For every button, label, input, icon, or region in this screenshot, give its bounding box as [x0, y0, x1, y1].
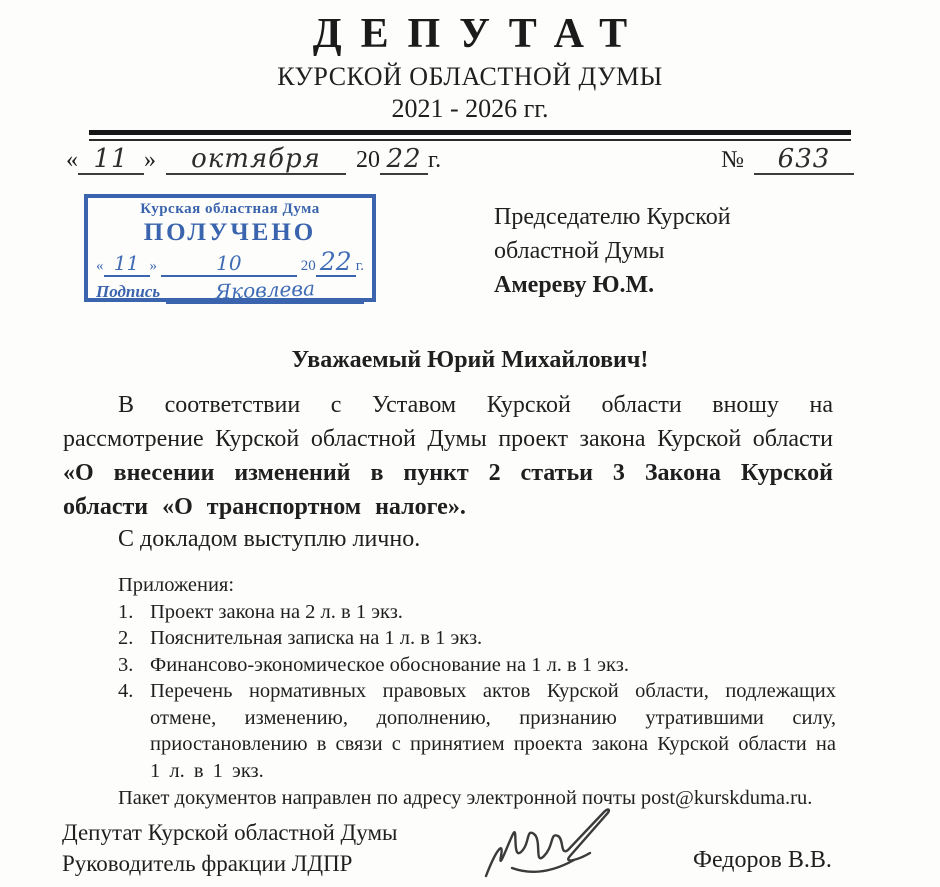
attachment-item-number: 1.	[118, 599, 150, 626]
letterhead-title: ДЕПУТАТ	[0, 10, 940, 58]
body-paragraph-2: С докладом выступлю лично.	[63, 526, 833, 553]
attachment-item-number: 2.	[118, 625, 150, 652]
signer-position-1: Депутат Курской областной Думы	[62, 817, 397, 848]
letterhead-term: 2021 - 2026 гг.	[0, 94, 940, 124]
addressee-line1: Председателю Курской	[494, 200, 731, 234]
stamp-date-row: « 11 » 10 20 22 г.	[96, 249, 364, 277]
body-paragraph-1: В соответствии с Уставом Курской области…	[63, 388, 833, 524]
stamp-day-handwritten: 11	[114, 251, 139, 275]
scanned-letter-page: ДЕПУТАТ КУРСКОЙ ОБЛАСТНОЙ ДУМЫ 2021 - 20…	[0, 0, 940, 887]
date-century: 20	[356, 147, 380, 174]
date-year-handwritten: 22	[386, 144, 421, 174]
stamp-signature-label: Подпись	[96, 282, 160, 302]
date-quote-open: «	[66, 147, 78, 174]
letterhead-subtitle: КУРСКОЙ ОБЛАСТНОЙ ДУМЫ	[0, 62, 940, 92]
stamp-year-handwritten: 22	[320, 247, 352, 276]
attachment-item-text: Пояснительная записка на 1 л. в 1 экз.	[150, 625, 836, 652]
signer-name: Федоров В.В.	[693, 847, 832, 874]
date-quote-close: »	[144, 147, 156, 174]
salutation: Уважаемый Юрий Михайлович!	[0, 347, 940, 374]
date-day-handwritten: 11	[93, 144, 128, 174]
date-year-suffix: г.	[428, 147, 441, 174]
stamp-century: 20	[301, 258, 316, 275]
stamp-quote-open: «	[96, 258, 104, 275]
attachment-item: 3. Финансово-экономическое обоснование н…	[118, 652, 836, 679]
delivery-note: Пакет документов направлен по адресу эле…	[118, 785, 836, 812]
date-month-handwritten: октября	[191, 144, 321, 174]
handwritten-signature	[478, 798, 628, 886]
number-value-handwritten: 633	[778, 144, 831, 174]
stamp-status: ПОЛУЧЕНО	[96, 219, 364, 247]
stamp-quote-close: »	[150, 258, 158, 275]
attachments-block: Приложения: 1. Проект закона на 2 л. в 1…	[118, 572, 836, 812]
body-paragraph-1-bold: «О внесении изменений в пункт 2 статьи 3…	[63, 460, 833, 520]
stamp-signature-row: Подпись Яковлева	[96, 280, 364, 304]
letterhead: ДЕПУТАТ КУРСКОЙ ОБЛАСТНОЙ ДУМЫ 2021 - 20…	[0, 10, 940, 124]
addressee-name: Амереву Ю.М.	[494, 268, 731, 302]
stamp-org-name: Курская областная Дума	[96, 201, 364, 218]
addressee-line2: областной Думы	[494, 234, 731, 268]
received-stamp: Курская областная Дума ПОЛУЧЕНО « 11 » 1…	[84, 194, 376, 302]
attachments-label: Приложения:	[118, 572, 836, 599]
attachment-item-text: Финансово-экономическое обоснование на 1…	[150, 652, 836, 679]
attachment-item-text: Проект закона на 2 л. в 1 экз.	[150, 599, 836, 626]
attachment-item: 1. Проект закона на 2 л. в 1 экз.	[118, 599, 836, 626]
signer-position-2: Руководитель фракции ЛДПР	[62, 848, 397, 879]
addressee-block: Председателю Курской областной Думы Амер…	[494, 200, 731, 302]
letterhead-divider	[89, 130, 851, 141]
attachment-item: 2. Пояснительная записка на 1 л. в 1 экз…	[118, 625, 836, 652]
attachment-item-number: 3.	[118, 652, 150, 679]
signer-position-block: Депутат Курской областной Думы Руководит…	[62, 817, 397, 879]
stamp-signature-handwritten: Яковлева	[215, 279, 316, 303]
number-label: №	[721, 147, 744, 174]
body-paragraph-1-regular: В соответствии с Уставом Курской области…	[63, 392, 833, 452]
attachment-item-number: 4.	[118, 678, 150, 784]
date-number-line: « 11 » октября 20 22 г. № 633	[66, 146, 854, 175]
attachment-item-text: Перечень нормативных правовых актов Курс…	[150, 678, 836, 784]
attachment-item: 4. Перечень нормативных правовых актов К…	[118, 678, 836, 784]
stamp-month-handwritten: 10	[216, 251, 241, 275]
stamp-year-suffix: г.	[356, 258, 364, 275]
